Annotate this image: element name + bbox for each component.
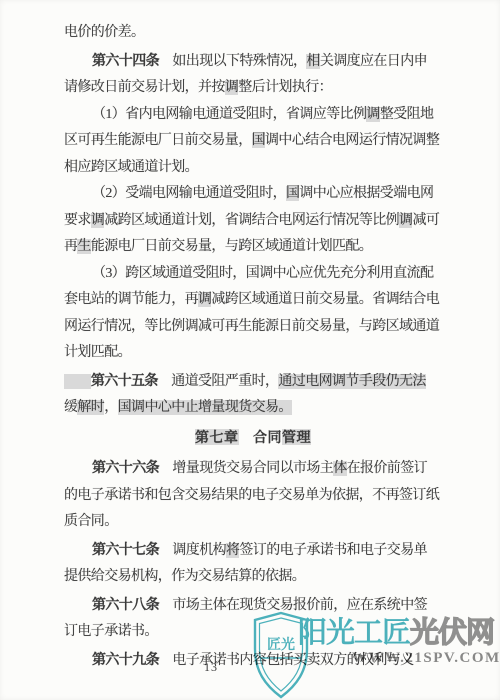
- text-segment: （2）受端电网输电通道受阻时，: [92, 186, 286, 201]
- document-line: 质合同。: [64, 509, 442, 536]
- document-line: 提供给交易机构，作为交易结算的依据。: [64, 564, 442, 591]
- text-segment: 第六十七条: [92, 541, 159, 557]
- text-segment: 网运行情况，等比例调减可再生能源日前交易量，与跨区域通道: [64, 319, 439, 334]
- document-line: （2）受端电网输电通道受阻时，国调中心应根据受端电网: [64, 181, 442, 208]
- document-line: （1）省内电网输电通道受阻时，省调应等比例调整受阻地: [64, 102, 442, 129]
- text-segment: 相应跨区域通道计划。: [64, 160, 198, 175]
- text-segment: 调度机构: [159, 543, 226, 558]
- text-segment: 缓: [64, 400, 77, 415]
- text-segment: 关调度应在日内申: [320, 54, 427, 69]
- document-lines: 电价的价差。第六十四条 如出现以下特殊情况，相关调度应在日内申请修改日前交易计划…: [64, 20, 442, 674]
- text-segment: 管理: [282, 429, 311, 445]
- document-line: 套电站的调节能力，再调减跨区域通道日前交易量。省调结合电: [64, 287, 442, 314]
- text-segment: 区可再生能源电厂日前交易量，: [64, 133, 252, 148]
- text-segment: 减可: [412, 213, 439, 228]
- text-segment: 解时: [77, 400, 104, 415]
- text-segment: 质合同。: [64, 514, 118, 529]
- watermark-url: WWW.21SPV.COM: [352, 650, 500, 667]
- text-segment: 调: [366, 107, 379, 122]
- text-segment: 调: [198, 292, 211, 307]
- text-segment: ，: [104, 400, 117, 415]
- text-segment: [64, 374, 91, 389]
- text-segment: 调: [225, 80, 238, 95]
- document-line: （3）跨区域通道受阻时，国调中心应优先充分利用直流配: [64, 261, 442, 288]
- document-line: 再生能源电厂日前交易量，与跨区域通道计划匹配。: [64, 234, 442, 261]
- text-segment: 在报价前签订: [347, 461, 427, 476]
- text-segment: （1）省内电网输电通道受阻时，省调应等比例: [92, 107, 366, 122]
- text-segment: 体: [333, 461, 346, 476]
- text-segment: 第六十五条: [91, 372, 158, 388]
- text-segment: 计划匹配。: [64, 345, 131, 360]
- scanned-document-page: 电价的价差。第六十四条 如出现以下特殊情况，相关调度应在日内申请修改日前交易计划…: [0, 0, 500, 700]
- text-segment: 通过电网调节手段仍无法: [278, 374, 425, 389]
- text-segment: 要求: [64, 213, 91, 228]
- text-segment: 提供给交易机构，作为交易结算的依据。: [64, 569, 305, 584]
- document-line: 网运行情况，等比例调减可再生能源日前交易量，与跨区域通道: [64, 314, 442, 341]
- shield-text: 匠光: [267, 636, 295, 652]
- text-segment: 国调: [118, 400, 145, 415]
- text-segment: 的电子承诺书和包含交易结果的电子交易单为依据，不再签订纸: [64, 488, 439, 503]
- text-segment: 调: [91, 213, 104, 228]
- text-segment: 第六十四条: [92, 52, 159, 68]
- text-segment: 第六十六条: [92, 459, 159, 475]
- watermark: 匠光 阳光工匠光伏网 WWW.21SPV.COM: [250, 606, 500, 700]
- text-segment: 第六十八条: [92, 596, 159, 612]
- text-segment: 通道受阻严重时，: [158, 374, 279, 389]
- document-line: 请修改日前交易计划，并按调整后计划执行：: [64, 75, 442, 102]
- text-segment: （3）跨区域通道受阻时，国调中心应优先充分利用直流配: [92, 266, 433, 281]
- text-segment: 将: [226, 543, 239, 558]
- watermark-brand-solid: 阳光工匠: [298, 617, 410, 649]
- document-line: 相应跨区域通道计划。: [64, 155, 442, 182]
- text-segment: 国: [252, 133, 265, 148]
- document-line: 电价的价差。: [64, 20, 442, 47]
- text-segment: 调中心结合电网运行情况调整: [265, 133, 439, 148]
- document-line: 第六十六条 增量现货交易合同以市场主体在报价前签订: [64, 454, 442, 483]
- document-body: 电价的价差。第六十四条 如出现以下特殊情况，相关调度应在日内申请修改日前交易计划…: [64, 20, 442, 674]
- text-segment: 调中心应根据受端电网: [299, 186, 433, 201]
- text-segment: 相: [306, 54, 319, 69]
- text-segment: 整受阻地: [380, 107, 434, 122]
- watermark-brand: 阳光工匠光伏网: [298, 614, 494, 652]
- text-segment: 能源电厂日前交易量，与跨区域通道计划匹配。: [91, 239, 372, 254]
- text-segment: 再: [64, 239, 77, 254]
- chapter-heading: 第七章 合同管理: [64, 424, 442, 453]
- document-line: 缓解时，国调中心中止增量现货交易。: [64, 395, 442, 422]
- text-segment: 增量现货交易合同以市场主: [159, 461, 333, 476]
- text-segment: 减跨区域通道日前交易量。省调结合电: [211, 292, 439, 307]
- text-segment: 调: [399, 213, 412, 228]
- text-segment: 请修改日前交易计划，并按: [64, 80, 225, 95]
- text-segment: 生: [77, 239, 90, 254]
- text-segment: 第六十九条: [92, 651, 159, 667]
- text-segment: 签订的电子承诺书和电子交易单: [239, 543, 427, 558]
- text-segment: 国: [286, 186, 299, 201]
- document-line: 要求调减跨区域通道计划，省调结合电网运行情况等比例调减可: [64, 208, 442, 235]
- text-segment: 中心中止增量现货交易。: [144, 400, 291, 415]
- document-line: 第六十四条 如出现以下特殊情况，相关调度应在日内申: [64, 47, 442, 76]
- page-number: 13: [204, 660, 218, 675]
- text-segment: 订电子承诺书。: [64, 624, 158, 639]
- text-segment: [239, 429, 254, 445]
- document-line: 第六十五条 通道受阻严重时，通过电网调节手段仍无法: [64, 367, 442, 396]
- text-segment: 减跨区域通道计划，省调结合电网运行情况等比例: [104, 213, 399, 228]
- document-line: 计划匹配。: [64, 340, 442, 367]
- text-segment: 整后计划执行：: [238, 80, 332, 95]
- text-segment: 电价的价差。: [64, 25, 144, 40]
- text-segment: 合同: [253, 429, 282, 445]
- document-line: 区可再生能源电厂日前交易量，国调中心结合电网运行情况调整: [64, 128, 442, 155]
- document-line: 的电子承诺书和包含交易结果的电子交易单为依据，不再签订纸: [64, 483, 442, 510]
- text-segment: 第七章: [195, 429, 239, 445]
- text-segment: 套电站的调节能力，再: [64, 292, 198, 307]
- watermark-brand-outline: 光伏网: [410, 617, 494, 649]
- document-line: 第六十七条 调度机构将签订的电子承诺书和电子交易单: [64, 536, 442, 565]
- text-segment: 如出现以下特殊情况，: [159, 54, 306, 69]
